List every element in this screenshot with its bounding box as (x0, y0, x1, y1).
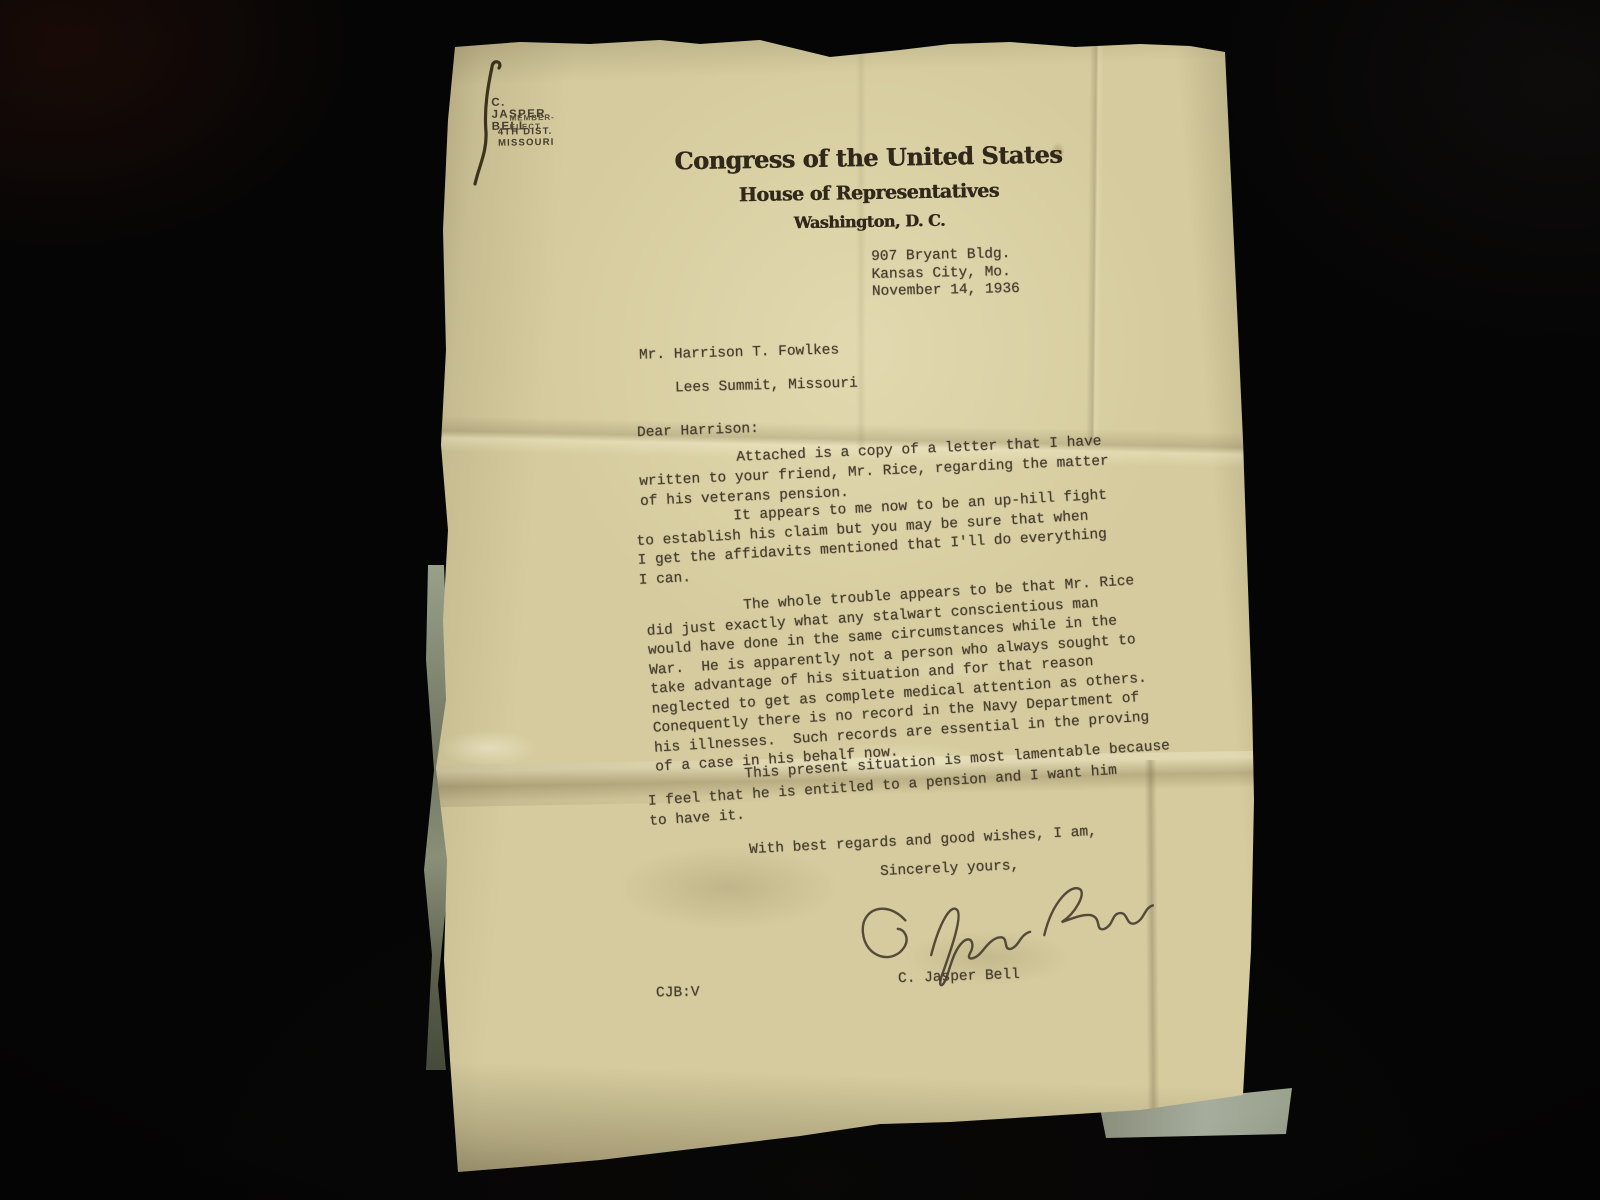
photo-background: C. JASPER BELL MEMBER-ELECT 4TH DIST. MI… (0, 0, 1600, 1200)
masthead-line3: Washington, D. C. (549, 208, 1189, 235)
letter-date: November 14, 1936 (872, 281, 1020, 302)
closing-regards: With best regards and good wishes, I am, (749, 824, 1097, 858)
salutation: Dear Harrison: (637, 421, 759, 441)
masthead-line2: House of Representatives (549, 178, 1189, 208)
recipient-name: Mr. Harrison T. Fowlkes (639, 342, 839, 363)
date-block: 907 Bryant Bldg. Kansas City, Mo. Novemb… (871, 246, 1020, 302)
recipient-address: Lees Summit, Missouri (675, 376, 858, 397)
reference-initials: CJB:V (656, 985, 700, 1002)
masthead-line1: Congress of the United States (548, 140, 1188, 175)
letterhead-district: 4TH DIST. MISSOURI (498, 126, 555, 149)
vertical-crease-right (1086, 43, 1104, 443)
masthead-block: Congress of the United States House of R… (548, 140, 1189, 235)
letter-page: C. JASPER BELL MEMBER-ELECT 4TH DIST. MI… (428, 28, 1256, 1178)
